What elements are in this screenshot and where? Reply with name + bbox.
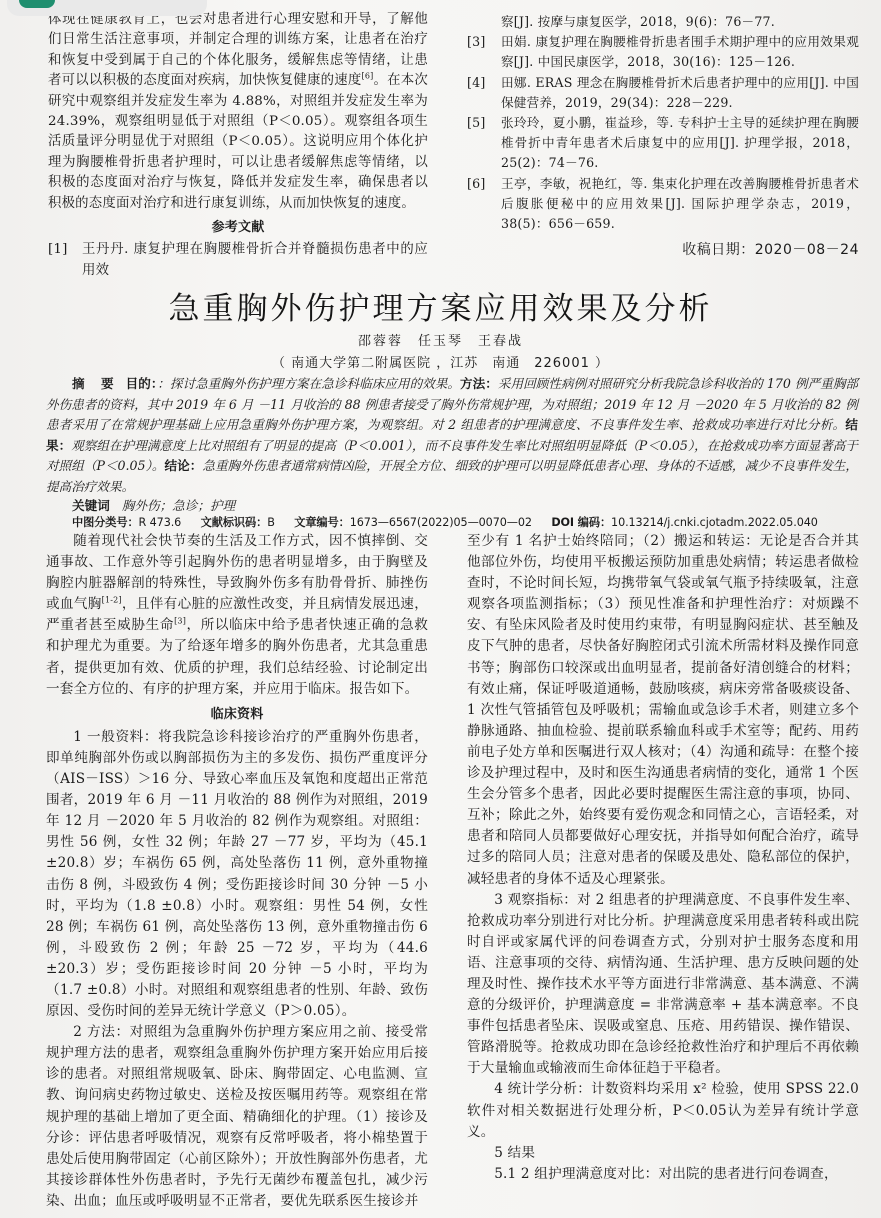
abstract-label: 摘 要: [72, 376, 120, 391]
body-left-column: 随着现代社会快节奏的生活及工作方式，因不慎摔倒、交通事故、工作意外等引起胸外伤的…: [46, 531, 428, 1212]
clinical-data-heading: 临床资料: [46, 704, 428, 725]
abstract: 摘 要目的：：探讨急重胸外伤护理方案在急诊科临床应用的效果。方法：采用回顾性病例…: [46, 374, 858, 498]
reference-item: 察[J]. 按摩与康复医学，2018，9(6)：76－77.: [467, 12, 859, 32]
article-number: 文章编号：1673—6567(2022)05—0070—02: [294, 516, 532, 529]
classification-line: 中图分类号：R 473.6 文献标识码：B 文章编号：1673—6567(202…: [72, 514, 862, 530]
article-affiliation: （ 南通大学第二附属医院 ，江苏 南通 226001 ）: [0, 352, 881, 371]
results-5-1: 5.1 2 组护理满意度对比：对出院的患者进行问卷调查，: [467, 1164, 859, 1185]
results-heading: 5 结果: [467, 1143, 859, 1164]
article-title: 急重胸外伤护理方案应用效果及分析: [0, 283, 881, 328]
received-date: 收稿日期：2020－08－24: [467, 240, 859, 260]
reference-item: [5] 张玲玲，夏小鹏，崔益珍，等. 专科护士主导的延续护理在胸腰椎骨折中青年患…: [467, 113, 859, 174]
methods-section: 2 方法：对照组为急重胸外伤护理方案应用之前、接受常规护理方法的患者，观察组急重…: [46, 1022, 428, 1212]
app-icon: [19, 0, 55, 8]
previous-article-conclusion: 体现在健康教育上，也会对患者进行心理安慰和开导，了解他们日常生活注意事项，并制定…: [48, 10, 428, 214]
references-heading: 参考文献: [48, 218, 428, 238]
previous-article-references: 察[J]. 按摩与康复医学，2018，9(6)：76－77. [3] 田娟. 康…: [467, 12, 859, 260]
document-code: 文献标识码：B: [201, 516, 275, 529]
article-authors: 邵蓉蓉 任玉琴 王春战: [0, 330, 881, 349]
keywords: 关键词胸外伤；急诊；护理: [72, 495, 235, 514]
reference-item: [6] 王亭，李敏，祝艳红，等. 集束化护理在改善胸腰椎骨折患者术后腹胀便秘中的…: [467, 174, 859, 235]
body-right-column: 至少有 1 名护士始终陪同；（2）搬运和转运：无论是否合并其他部位外伤，均使用平…: [467, 531, 859, 1185]
journal-page: 体现在健康教育上，也会对患者进行心理安慰和开导，了解他们日常生活注意事项，并制定…: [0, 0, 881, 1218]
general-data-section: 1 一般资料：将我院急诊科接诊治疗的严重胸外伤患者，即单纯胸部外伤或以胸部损伤为…: [46, 727, 428, 1022]
introduction: 随着现代社会快节奏的生活及工作方式，因不慎摔倒、交通事故、工作意外等引起胸外伤的…: [46, 531, 428, 700]
indicators-section: 3 观察指标：对 2 组患者的护理满意度、不良事件发生率、抢救成功率分别进行对比…: [467, 890, 859, 1080]
statistics-section: 4 统计学分析：计数资料均采用 x² 检验，使用 SPSS 22.0 软件对相关…: [467, 1079, 859, 1142]
clc-number: 中图分类号：R 473.6: [72, 516, 181, 529]
reference-item: [4] 田娜. ERAS 理念在胸腰椎骨折术后患者护理中的应用[J]. 中国保健…: [467, 73, 859, 113]
reference-item: [1] 王丹丹. 康复护理在胸腰椎骨折合并脊髓损伤患者中的应用效: [48, 240, 428, 281]
app-overlay-pill[interactable]: [7, 0, 207, 16]
methods-continued: 至少有 1 名护士始终陪同；（2）搬运和转运：无论是否合并其他部位外伤，均使用平…: [467, 531, 859, 890]
doi: DOI 编码：10.13214/j.cnki.cjotadm.2022.05.0…: [551, 516, 818, 529]
reference-item: [3] 田娟. 康复护理在胸腰椎骨折患者围手术期护理中的应用效果观察[J]. 中…: [467, 32, 859, 72]
previous-article-left-column: 体现在健康教育上，也会对患者进行心理安慰和开导，了解他们日常生活注意事项，并制定…: [48, 10, 428, 281]
